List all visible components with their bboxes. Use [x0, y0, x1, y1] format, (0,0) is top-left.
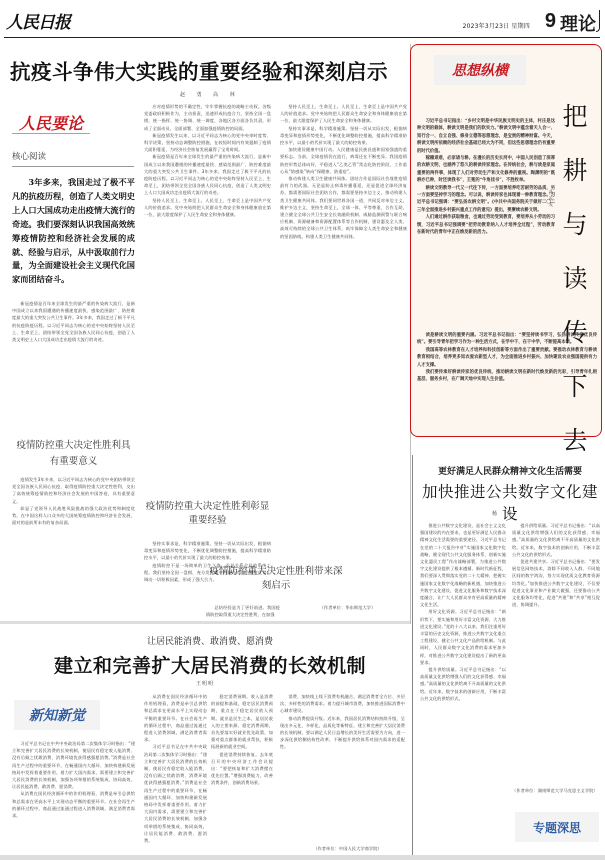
- article-1-col-1: 新冠疫情是百年来全球发生的最严重的传染病大流行，是新中国成立以来我国遭遇的传播速…: [12, 300, 135, 432]
- article-2-kicker: 更好满足人民群众精神文化生活需要: [420, 464, 600, 477]
- article-3-kicker: 让居民能消费、敢消费、愿消费: [100, 634, 320, 647]
- paragraph: 习近平总书记在中共中央政治局第二次集体学习时指出：“建立和完善扩大居民消费的长效…: [144, 743, 207, 844]
- key-reading-body: 3年多来，我国走过了极不平凡的抗疫历程，创造了人类文明史上人口大国成功走出疫情大…: [12, 176, 135, 292]
- paragraph: 坚持实事求是，科学精准施策。坚持一切从实际出发，根据病毒变异和疫情形势变化，不断…: [144, 540, 271, 562]
- article-1-col-2: 应对疫情形势的不确定性，牢牢掌握抗疫的战略主动权。各级党委政府积极作为，主动担责…: [144, 103, 271, 413]
- author-affiliation: （作者单位：中国人民大学商学院）: [313, 846, 382, 851]
- article-2-col-2: 提升供给质量。习近平总书记指出：“以高质量文化供给增强人们的文化获得感、幸福感。…: [512, 522, 600, 784]
- paragraph: 坚持人民至上、生命至上。人民至上、生命至上是中国共产党人的价值追求。党中央始终把…: [280, 103, 407, 125]
- title-char: 读: [560, 252, 590, 306]
- paragraph: 新冠疫情是百年来全球发生的最严重的传染病大流行，是新中国成立以来我国遭遇的传播速…: [144, 153, 271, 196]
- paragraph: 消费、加快线上线下消费有机融合，满足消费者全方位、多层次、多样性的消费需求。着力…: [280, 693, 405, 715]
- paragraph: 人们通过耕作获取粮食，也通过劳动受到教育，要培养从小劳动的习惯，习近平总书记强调…: [417, 214, 555, 236]
- subhead-text: 疫情防控重大决定性胜利具有重要意义: [16, 440, 130, 467]
- sidebar-body: 习近平总书记指出：“乡村文明是中华民族文明史的主体，村庄是这种文明的载体，耕读文…: [417, 118, 555, 330]
- key-reading-title: 核心阅读: [12, 150, 46, 162]
- sidebar-body-wide: 读是耕读文明的重要内涵。习近平总书记指出：“要坚持读书学习，弘扬耕读传家优良传统…: [417, 332, 597, 432]
- dateline: 2023年3月23日 星期四: [463, 21, 530, 30]
- paragraph: 坚持人民至上、生命至上。人民至上、生命至上是中国共产党人的价值追求。党中央始终把…: [144, 197, 271, 219]
- article-1-subhead-1: 疫情防控重大决定性胜利具有重要意义: [12, 438, 135, 470]
- badge-text: 人民要论: [19, 111, 83, 134]
- article-1-col-1b: 疫情发生3年多来，以习近平同志为核心的党中央团结带领全党全国各族人民同心抗疫，取…: [12, 476, 135, 626]
- section-bracket-decoration: [596, 10, 600, 32]
- badge-text: 新知新觉: [29, 705, 85, 725]
- article-3-byline: 王明明: [196, 680, 214, 687]
- article-3-col-3: 稳定消费预期。收入是消费的前提和基础，稳定居民消费预期，重点在于稳定居民收入预期…: [211, 693, 273, 853]
- title-char: 与: [560, 198, 590, 252]
- title-char: 耕: [560, 144, 590, 198]
- article-1-subhead-2: 疫情防控重大决定性胜利彰显重要经验: [144, 500, 271, 528]
- article-3-headline[interactable]: 建立和完善扩大居民消费的长效机制: [20, 651, 400, 678]
- paragraph: 彰显了党领导人民战胜风险挑战的强大政治优势和制度优势。在中国这样人口众多的大国统…: [12, 505, 135, 527]
- article-1-headline[interactable]: 抗疫斗争伟大实践的重要经验和深刻启示: [10, 55, 388, 85]
- author-affiliation: （作者单位：华东师范大学）: [320, 605, 376, 610]
- paragraph: 促进共建共享。习近平总书记指出：“要发展信息网络技术，消除不同收入人群、不同地区…: [512, 558, 600, 608]
- paragraph: 提升供给质量。习近平总书记指出：“以高质量文化供给增强人们的文化获得感、幸福感。…: [420, 666, 506, 702]
- article-3-col-2: 从消费在国民经济循环中的作用机理看，消费是牵引总供给和总需求在更高水平上实现动态…: [144, 693, 207, 853]
- paragraph: 疫情发生3年多来，以习近平同志为核心的党中央团结带领全党全国各族人民同心抗疫，取…: [12, 476, 135, 505]
- section-divider: [0, 621, 410, 624]
- article-2-author-affiliation: （作者单位：湖南师范大学马克思主义学院）: [512, 787, 600, 802]
- column-badge-zhuanti-shensi: 专题深思: [515, 812, 599, 842]
- article-3-col-4: 消费、加快线上线下消费有机融合，满足消费者全方位、多层次、多样性的消费需求。着力…: [280, 693, 405, 843]
- article-3-col-1: 习近平总书记在中共中央政治局第二次集体学习时指出：“建立和完善扩大居民消费的长效…: [12, 740, 135, 852]
- paragraph: 推动消费提质升级。近年来，我国居民消费结构持续升级，呈现出多元化、多样化、品质化…: [280, 715, 405, 751]
- badge-underline: [12, 133, 90, 134]
- page-number: 9: [545, 10, 556, 33]
- article-1-col-3: 坚持人民至上、生命至上。人民至上、生命至上是中国共产党人的价值追求。党中央始终把…: [280, 103, 407, 463]
- badge-text: 专题深思: [533, 819, 581, 836]
- key-reading-rule: [12, 166, 134, 167]
- article-2-col-1: 推进公共数字文化建设，是社会主义文化强国建设的内在要求，也是更好满足人民群众精神…: [420, 522, 506, 807]
- newspaper-logo: 人民日报: [6, 8, 70, 33]
- paragraph: 推动构建人类卫生健康共同体。团结合作是国际社会战胜疫情最有力的武器。无论是防止病…: [280, 175, 407, 240]
- paragraph: 用好文化资源。习近平总书记指出：“新形势下，要实施和用好丰富文化资源，大力推进文…: [420, 608, 506, 666]
- column-badge-sixiang-zongheng: 思想纵横: [434, 55, 526, 85]
- paragraph: 读是耕读文明的重要内涵。习近平总书记指出：“要坚持读书学习，弘扬耕读传家优良传统…: [417, 332, 597, 347]
- footer-bar: [0, 855, 605, 860]
- paragraph: 总结经验是为了更好前进。我国疫情防控取得重大决定性胜利，在加强: [206, 604, 280, 618]
- column-badge-xinzhi-xinjue: 新知新觉: [14, 700, 100, 730]
- paragraph: 我国高等农林教育在人才培养和科技创新等方面作出了重要贡献。要推动农林教育与耕读教…: [417, 347, 597, 369]
- paragraph: 促进消费持续恢复。去年底召开的中央经济工作会议提出：“要把恢复和扩大消费摆在优先…: [211, 751, 273, 787]
- paragraph: 提升供给质量。习近平总书记指出：“以高质量文化供给增强人们的文化获得感、幸福感。…: [512, 522, 600, 558]
- paragraph: 稼穑艰难，必家诸与耕。在漫长的历史长河中，中国人民创造了深厚的农耕文明，也涵养了…: [417, 155, 555, 185]
- paragraph: 新冠疫情是百年来全球发生的最严重的传染病大流行，是新中国成立以来我国遭遇的传播速…: [12, 300, 135, 343]
- badge-text: 思想纵横: [452, 60, 508, 80]
- article-2-headline[interactable]: 加快推进公共数字文化建设: [420, 480, 600, 524]
- masthead: 人民日报 2023年3月23日 星期四 9 理论: [4, 6, 600, 38]
- article-1-author-affiliation: （作者单位：华东师范大学）: [290, 604, 405, 614]
- article-1-byline: 赵 勇 高 林: [180, 91, 240, 98]
- author-affiliation: （作者单位：湖南师范大学马克思主义学院）: [512, 788, 598, 793]
- article-2-byline: 杨 秉: [492, 510, 516, 517]
- column-divider: [412, 455, 413, 855]
- paragraph: 推进公共数字文化建设，是社会主义文化强国建设的内在要求，也是更好满足人民群众精神…: [420, 522, 506, 608]
- article-1-subhead-3: 疫情防控重大决定性胜利带来深刻启示: [206, 565, 346, 593]
- article-3-author-affiliation: （作者单位：中国人民大学商学院）: [290, 845, 405, 853]
- paragraph: 稳定消费预期。收入是消费的前提和基础，稳定居民消费预期，重点在于稳定居民收入预期…: [211, 693, 273, 751]
- paragraph: 耕读文明教导一代又一代往下传，一方面要培养吃苦耐劳的品质，另一方面要坚持学习的理…: [417, 185, 555, 215]
- paragraph: 应对疫情形势的不确定性，牢牢掌握抗疫的战略主动权。各级党委政府积极作为，主动担责…: [144, 103, 271, 132]
- title-char: 把: [560, 90, 590, 144]
- paragraph: 从消费在国民经济循环中的作用机理看，消费是牵引总供给和总需求在更高水平上实现动态…: [144, 693, 207, 743]
- paragraph: 新冠疫情发生以来，以习近平同志为核心的党中央审时度势、科学决策，坚持动态调整防控…: [144, 132, 271, 154]
- column-badge-renmin-yaolun: 人民要论: [12, 108, 90, 136]
- paragraph: 坚持实事求是，科学精准施策。坚持一切从实际出发，根据病毒变异和疫情形势变化，不断…: [280, 125, 407, 147]
- paragraph: 习近平总书记在中共中央政治局第二次集体学习时指出：“建立和完善扩大居民消费的长效…: [12, 740, 135, 790]
- paragraph: 加快建设健康中国行动。人民健康是民族昌盛和国家强盛的重要标志。当前，全球疫情仍在…: [280, 146, 407, 175]
- subhead-text: 疫情防控重大决定性胜利带来深刻启示: [209, 566, 342, 591]
- paragraph: 从消费在国民经济循环中的作用机理看，消费是牵引总供给和总需求在更高水平上实现动态…: [12, 790, 135, 819]
- paragraph: 习近平总书记指出：“乡村文明是中华民族文明史的主体，村庄是这种文明的载体，耕读文…: [417, 118, 555, 155]
- paragraph: 我们要传承好耕读传家的优良传统，推动耕读文明在新时代焕发新的光彩，引导青年扎根基…: [417, 369, 597, 384]
- section-name: 理论: [560, 10, 596, 36]
- subhead-text: 疫情防控重大决定性胜利彰显重要经验: [146, 501, 270, 526]
